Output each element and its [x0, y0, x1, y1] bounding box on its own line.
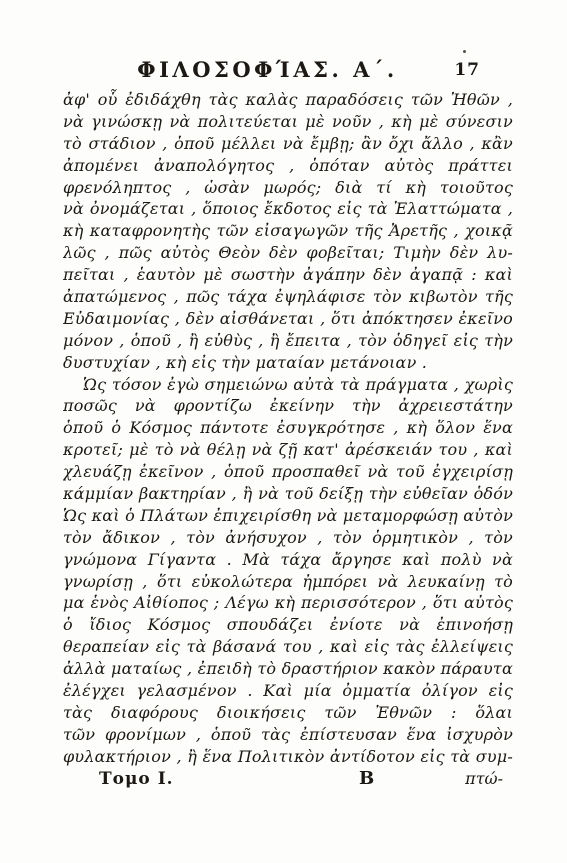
text-line: Εὐδαιμονίας , δὲν αἰσθάνεται , ὅτι ἀπόκτ…: [63, 308, 513, 330]
text-line: θεραπείαν εἰς τὰ βάσανά του , καὶ εἰς τὰ…: [63, 636, 513, 658]
volume-label: Τομο Ι.: [99, 769, 174, 789]
text-line: φυλακτήριον , ἢ ἕνα Πολιτικὸν ἀντίδοτον …: [63, 746, 513, 768]
text-line: νὰ ὀνομάζεται , ὅποιος ἔκδοτος εἰς τὰ Ἐλ…: [63, 198, 513, 220]
catchword: πτώ-: [465, 769, 503, 788]
text-line: πεῖται , ἑαυτὸν μὲ σωστὴν ἀγάπην δὲν ἀγα…: [63, 264, 513, 286]
text-line: λῶς , πῶς αὐτὸς Θεὸν δὲν φοβεῖται; Τιμὴν…: [63, 242, 513, 264]
text-line: ἐλέγχει γελασμένον . Καὶ μία ὀμματία ὀλί…: [63, 680, 513, 702]
header-title: ΦΙΛΟΣΟΦΊΑΣ. Α΄.: [63, 57, 472, 82]
text-line: κροτεῖ; μὲ τὸ νὰ θέλῃ νὰ ζῇ κατ' ἀρέσκει…: [63, 439, 513, 461]
text-line: νὰ γινώσκῃ νὰ πολιτεύεται μὲ νοῦν , κὴ μ…: [63, 111, 513, 133]
text-line: Ὡς καὶ ὁ Πλάτων ἐπιχειρίσθη νὰ μεταμορφώ…: [63, 505, 513, 527]
text-line: ποσῶς νὰ φροντίζω ἐκείνην τὴν ἀχρειεστάτ…: [63, 395, 513, 417]
page-number: 17: [454, 60, 480, 80]
text-line: Ὡς τόσον ἐγὼ σημειώνω αὐτὰ τὰ πράγματα ,…: [63, 374, 513, 396]
text-line: τῶν φρονίμων , ὁποῦ τὰς ἐπίστευσαν ἕνα ἰ…: [63, 724, 513, 746]
text-line: κάμμίαν βακτηρίαν , ἢ νὰ τοῦ δείξῃ τὴν ε…: [63, 483, 513, 505]
text-line: ὁ ἴδιος Κόσμος σπουδάζει ἐνίοτε νὰ ἐπινο…: [63, 614, 513, 636]
text-line: ἀλλὰ ματαίως , ἐπειδὴ τὸ δραστήριον κακὸ…: [63, 658, 513, 680]
signature-mark: Β: [359, 768, 374, 789]
text-line: γνωρίσῃ , ὅτι εὐκολώτερα ἠμπόρει νὰ λευκ…: [63, 571, 513, 593]
running-header: ΦΙΛΟΣΟΦΊΑΣ. Α΄. 17: [63, 57, 512, 85]
text-line: τὰς διαφόρους διοικήσεις τῶν Ἐθνῶν : ὅλα…: [63, 702, 513, 724]
ink-speck: [463, 50, 466, 53]
text-line: ἀπατώμενος , πῶς τάχα ἐψηλάφισε τὸν κιβω…: [63, 286, 513, 308]
text-line: δυστυχίαν , κὴ εἰς τὴν ματαίαν μετάνοιαν…: [63, 352, 513, 374]
text-line: γνώμονα Γίγαντα . Μὰ τάχα ἄργησε καὶ πολ…: [63, 549, 513, 571]
body-text: ἀφ' οὗ ἐδιδάχθη τὰς καλὰς παραδόσεις τῶν…: [63, 89, 513, 768]
text-line: μα ἑνὸς Αἰθίοπος ; Λέγω κὴ περισσότερον …: [63, 592, 513, 614]
text-line: ἀπομένει ἀναπολόγητος , ὁπόταν αὐτὸς πρά…: [63, 155, 513, 177]
text-line: κὴ καταφρονητὴς τῶν εἰσαγωγῶν τῆς Ἀρετῆς…: [63, 220, 513, 242]
text-line: τὸ στάδιον , ὁποῦ μέλλει νὰ ἔμβῃ; ἂν ὄχι…: [63, 133, 513, 155]
text-line: χλευάζῃ ἐκεῖνον , ὁποῦ προσπαθεῖ νὰ τοῦ …: [63, 461, 513, 483]
text-line: μόνον , ὁποῦ , ἢ εὐθὺς , ἢ ἔπειτα , τὸν …: [63, 330, 513, 352]
text-line: ἀφ' οὗ ἐδιδάχθη τὰς καλὰς παραδόσεις τῶν…: [63, 89, 513, 111]
text-line: φρενόληπτος , ὡσὰν μωρός; διὰ τί κὴ τοιο…: [63, 177, 513, 199]
text-line: τὸν ἄδικον , τὸν ἀνήσυχον , τὸν ὁρμητικὸ…: [63, 527, 513, 549]
book-page-scan: ΦΙΛΟΣΟΦΊΑΣ. Α΄. 17 ἀφ' οὗ ἐδιδάχθη τὰς κ…: [0, 0, 567, 863]
page-footer: Τομο Ι. Β πτώ-: [63, 769, 513, 793]
text-line: ὁποῦ ὁ Κόσμος πάντοτε ἐσυγκρότησε , κὴ ὅ…: [63, 417, 513, 439]
